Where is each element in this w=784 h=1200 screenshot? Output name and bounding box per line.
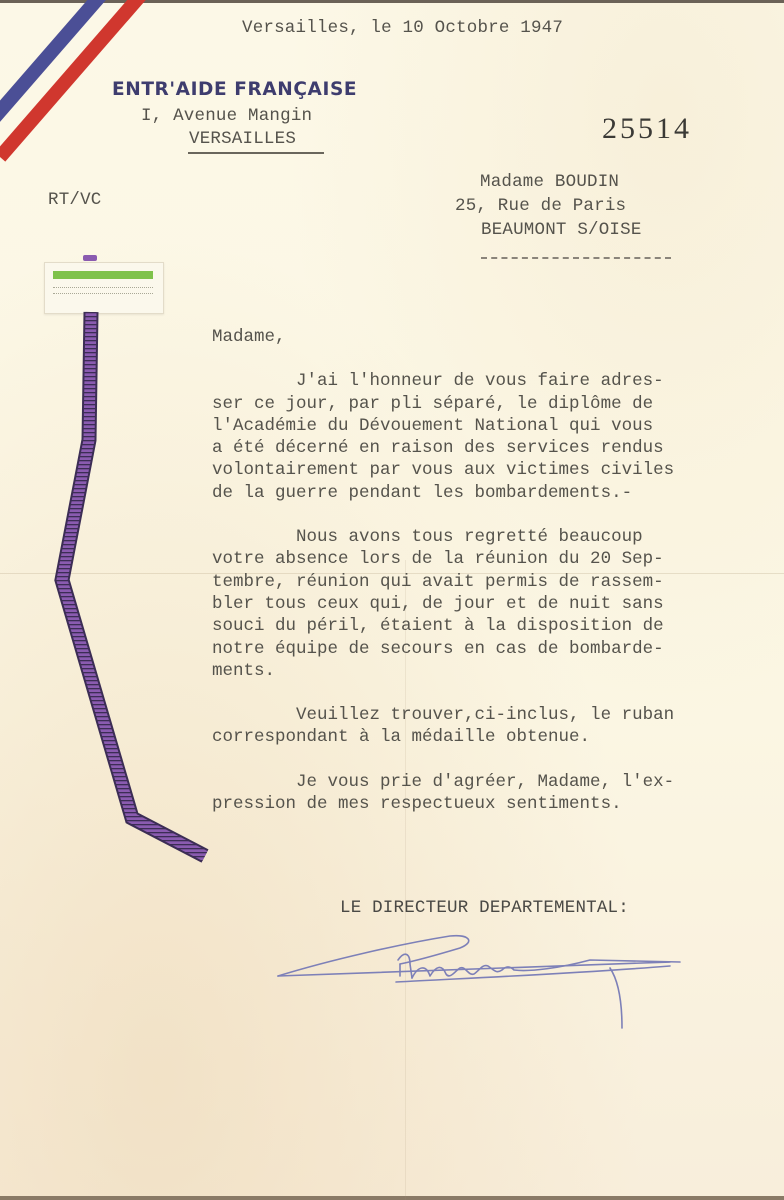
text-line: correspondant à la médaille obtenue. (212, 726, 674, 748)
text-line: souci du péril, étaient à la disposition… (212, 615, 674, 637)
text-line: Je vous prie d'agréer, Madame, l'ex- (212, 771, 674, 793)
paragraph-4: Je vous prie d'agréer, Madame, l'ex- pre… (212, 771, 674, 816)
text-line: ser ce jour, par pli séparé, le diplôme … (212, 393, 674, 415)
signatory-title: LE DIRECTEUR DEPARTEMENTAL: (340, 898, 629, 918)
text-line: volontairement par vous aux victimes civ… (212, 459, 674, 481)
text-line: notre équipe de secours en cas de bombar… (212, 638, 674, 660)
text-line: a été décerné en raison des services ren… (212, 437, 674, 459)
text-line: votre absence lors de la réunion du 20 S… (212, 548, 674, 570)
text-line: Veuillez trouver,ci-inclus, le ruban (212, 704, 674, 726)
text-line: ments. (212, 660, 674, 682)
salutation: Madame, (212, 326, 674, 348)
text-line: de la guerre pendant les bombardements.- (212, 482, 674, 504)
text-line: l'Académie du Dévouement National qui vo… (212, 415, 674, 437)
handwritten-signature-icon (270, 920, 690, 1040)
text-line: bler tous ceux qui, de jour et de nuit s… (212, 593, 674, 615)
text-line: Nous avons tous regretté beaucoup (212, 526, 674, 548)
text-line: J'ai l'honneur de vous faire adres- (212, 370, 674, 392)
paragraph-2: Nous avons tous regretté beaucoup votre … (212, 526, 674, 682)
letter-body: Madame, J'ai l'honneur de vous faire adr… (212, 326, 674, 837)
paragraph-3: Veuillez trouver,ci-inclus, le ruban cor… (212, 704, 674, 749)
text-line: pression de mes respectueux sentiments. (212, 793, 674, 815)
text-line: tembre, réunion qui avait permis de rass… (212, 571, 674, 593)
paragraph-1: J'ai l'honneur de vous faire adres- ser … (212, 370, 674, 504)
